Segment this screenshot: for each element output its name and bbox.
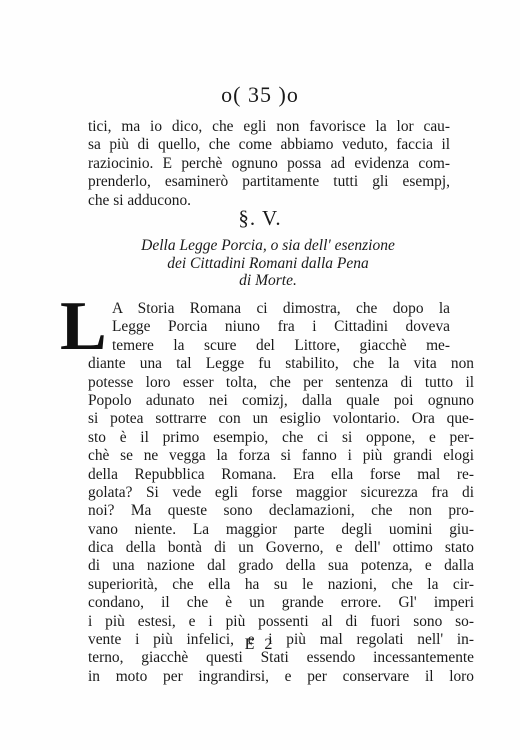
text-line: diante una tal Legge fu stabilito, che l…	[88, 355, 474, 373]
text-line: si potea sottrarre con un esiglio volont…	[88, 410, 474, 428]
text-line: della Repubblica Romana. Era ella forse …	[88, 466, 474, 484]
text-line: condano, il che è un grande errore. Gl' …	[88, 594, 474, 612]
drop-cap-letter: L	[60, 288, 107, 365]
page-number: o( 35 )o	[0, 82, 520, 108]
text-line: prenderlo, esaminerò partitamente tutti …	[88, 173, 450, 191]
text-line: raziocinio. E perchè ognuno possa ad evi…	[88, 155, 450, 173]
text-line: superiorità, che ella ha su le nazioni, …	[88, 576, 474, 594]
book-page: o( 35 )o tici, ma io dico, che egli non …	[0, 0, 520, 750]
section-heading: Della Legge Porcia, o sia dell' esenzion…	[80, 237, 456, 290]
text-line: dica della bontà di un Governo, e dell' …	[88, 539, 474, 557]
body-paragraph: A Storia Romana ci dimostra, che dopo la…	[112, 300, 450, 686]
signature-mark: E 2	[0, 636, 520, 654]
text-line: tici, ma io dico, che egli non favorisce…	[88, 118, 450, 136]
text-line: potesse loro esser tolta, che per senten…	[88, 374, 474, 392]
text-line: sto è il primo esempio, che ci si oppone…	[88, 429, 474, 447]
drop-cap: L	[60, 298, 110, 358]
heading-line: Della Legge Porcia, o sia dell' esenzion…	[80, 237, 456, 255]
heading-line: dei Cittadini Romani dalla Pena	[80, 255, 456, 273]
text-line: vano niente. La maggior parte degli uomi…	[88, 521, 474, 539]
text-line: di una nazione dal grado della sua poten…	[88, 557, 474, 575]
text-line: chè se ne vegga la forza si fanno i più …	[88, 447, 474, 465]
intro-paragraph: tici, ma io dico, che egli non favorisce…	[88, 118, 450, 210]
text-line: Popolo adunato nei comizj, dalla quale p…	[88, 392, 474, 410]
text-line: golata? Si vede egli forse maggior sicur…	[88, 484, 474, 502]
text-line: in moto per ingrandirsi, e per conservar…	[88, 668, 474, 686]
text-line: i più estesi, e i più possenti al di fuo…	[88, 613, 474, 631]
text-line: noi? Ma queste sono declamazioni, che no…	[88, 502, 474, 520]
text-line: A Storia Romana ci dimostra, che dopo la	[112, 300, 450, 318]
text-line: temere la scure del Littore, giacchè me-	[112, 337, 450, 355]
text-line: sa più di quello, che come abbiamo vedut…	[88, 136, 450, 154]
section-number: §. V.	[0, 206, 520, 231]
text-line: Legge Porcia niuno fra i Cittadini dovev…	[112, 318, 450, 336]
heading-line: di Morte.	[80, 272, 456, 290]
